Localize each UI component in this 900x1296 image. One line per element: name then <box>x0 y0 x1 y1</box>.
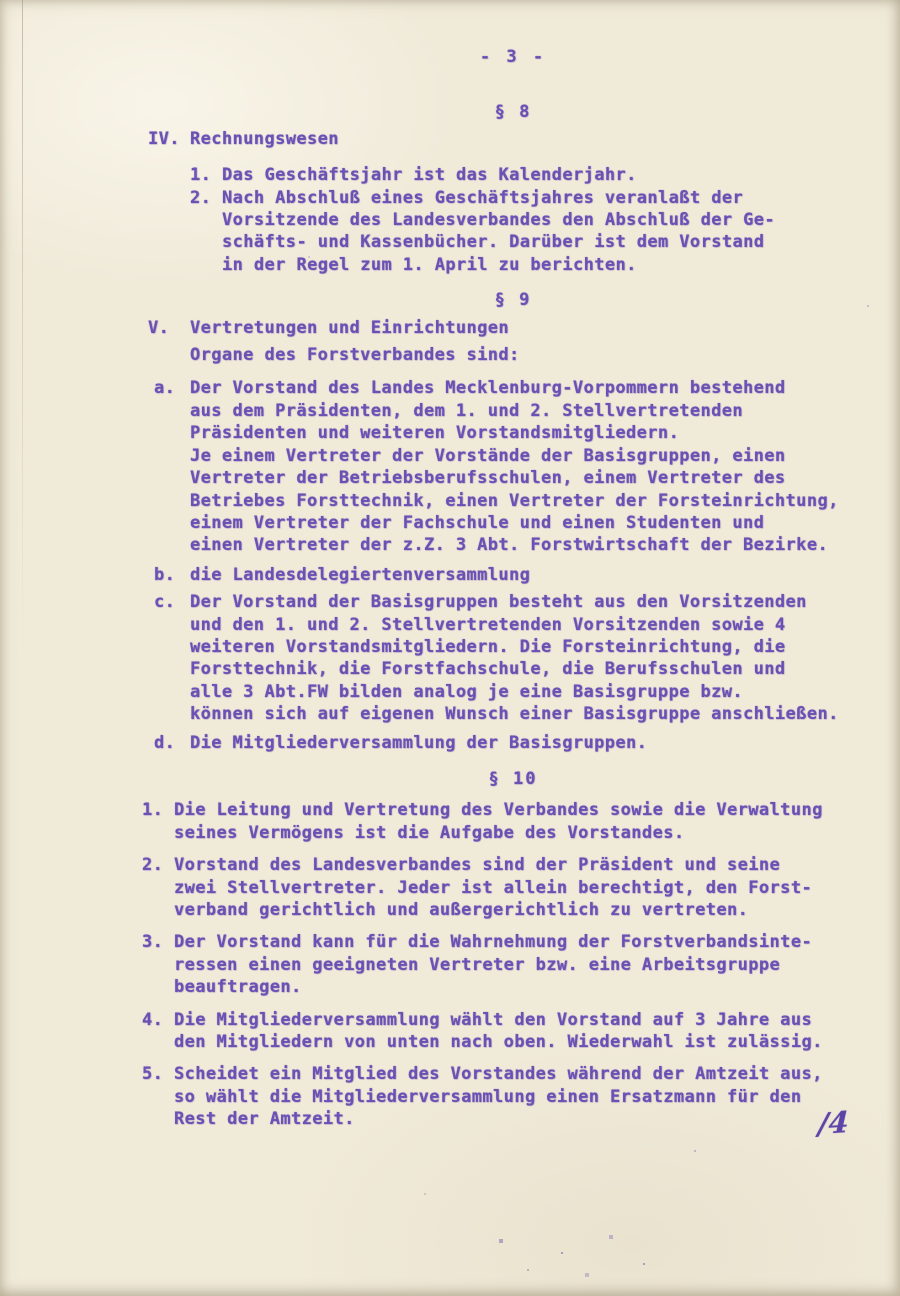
chapter-5-heading: V. Vertretungen und Einrichtungen <box>148 317 878 339</box>
item-text: die Landesdelegiertenversammlung <box>190 564 878 586</box>
list-item: 1. Das Geschäftsjahr ist das Kalenderjah… <box>148 164 878 186</box>
list-item: 5. Scheidet ein Mitglied des Vorstandes … <box>148 1063 878 1130</box>
item-text: Der Vorstand der Basisgruppen besteht au… <box>190 591 878 725</box>
item-text: Die Mitgliederversammlung wählt den Vors… <box>174 1009 878 1054</box>
paper-crease <box>22 0 23 660</box>
handwritten-continuation-mark: /4 <box>817 1105 849 1141</box>
item-marker: 1. <box>190 164 222 186</box>
paper-speckles <box>0 0 2 2</box>
chapter-5-title: Vertretungen und Einrichtungen <box>190 317 509 339</box>
item-marker: d. <box>154 732 190 754</box>
chapter-4-title: Rechnungswesen <box>190 128 339 150</box>
item-text: Nach Abschluß eines Geschäftsjahres vera… <box>222 187 878 277</box>
item-marker: b. <box>154 564 190 586</box>
item-text: Das Geschäftsjahr ist das Kalenderjahr. <box>222 164 878 186</box>
list-item: c. Der Vorstand der Basisgruppen besteht… <box>148 591 878 725</box>
list-item: b. die Landesdelegiertenversammlung <box>148 564 878 586</box>
chapter-4-numeral: IV. <box>148 128 190 150</box>
section-10-heading: § 10 <box>148 768 878 790</box>
typewritten-content: - 3 - § 8 IV. Rechnungswesen 1. Das Gesc… <box>148 0 878 1131</box>
list-item: 2. Vorstand des Landesverbandes sind der… <box>148 854 878 921</box>
item-text: Die Mitgliederversammlung der Basisgrupp… <box>190 732 878 754</box>
item-marker: 2. <box>190 187 222 277</box>
item-text: Die Leitung und Vertretung des Verbandes… <box>174 799 878 844</box>
section-9-heading: § 9 <box>148 289 878 311</box>
scanned-document-page: - 3 - § 8 IV. Rechnungswesen 1. Das Gesc… <box>0 0 900 1296</box>
chapter-5-numeral: V. <box>148 317 190 339</box>
item-marker: 1. <box>142 799 174 844</box>
item-marker: a. <box>154 377 190 556</box>
item-marker: 3. <box>142 931 174 998</box>
item-text: Der Vorstand des Landes Mecklenburg-Vorp… <box>190 377 878 556</box>
item-text: Der Vorstand kann für die Wahrnehmung de… <box>174 931 878 998</box>
list-item: d. Die Mitgliederversammlung der Basisgr… <box>148 732 878 754</box>
list-item: 2. Nach Abschluß eines Geschäftsjahres v… <box>148 187 878 277</box>
list-item: 1. Die Leitung und Vertretung des Verban… <box>148 799 878 844</box>
list-item: 3. Der Vorstand kann für die Wahrnehmung… <box>148 931 878 998</box>
item-marker: 2. <box>142 854 174 921</box>
list-item: a. Der Vorstand des Landes Mecklenburg-V… <box>148 377 878 556</box>
item-marker: 5. <box>142 1063 174 1130</box>
list-item: 4. Die Mitgliederversammlung wählt den V… <box>148 1009 878 1054</box>
page-number: - 3 - <box>148 46 878 68</box>
item-marker: c. <box>154 591 190 725</box>
chapter-4-heading: IV. Rechnungswesen <box>148 128 878 150</box>
section-9-intro: Organe des Forstverbandes sind: <box>190 344 878 366</box>
item-marker: 4. <box>142 1009 174 1054</box>
section-8-heading: § 8 <box>148 101 878 123</box>
item-text: Scheidet ein Mitglied des Vorstandes wäh… <box>174 1063 878 1130</box>
item-text: Vorstand des Landesverbandes sind der Pr… <box>174 854 878 921</box>
